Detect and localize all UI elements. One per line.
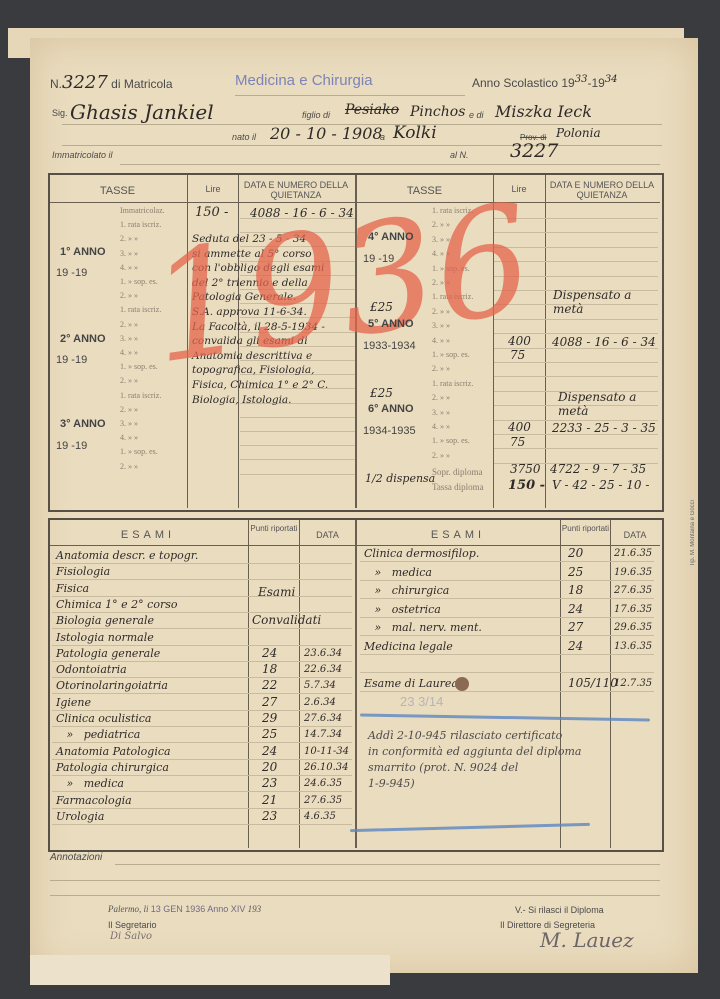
- exam-data: 10-11-34: [304, 744, 349, 759]
- matricola-number: 3227: [62, 72, 108, 93]
- year6-quietanza: 2233 - 25 - 3 - 35: [552, 421, 656, 435]
- matricola-prefix: N.: [50, 77, 62, 91]
- tasse-subrow-label: 2. » »: [432, 364, 450, 373]
- tasse-subrow-label: 2. » »: [120, 376, 138, 385]
- exam-name: Patologia generale: [56, 646, 160, 661]
- exam-punti: 20: [262, 760, 277, 775]
- pencil-mark: 23 3/14: [400, 694, 443, 709]
- exam-name: » mal. nerv. ment.: [364, 620, 482, 635]
- tasse-subrow-label: 2. » »: [120, 462, 138, 471]
- exam-data: 4.6.35: [304, 809, 336, 824]
- sopr-diploma-lire: 3750: [510, 462, 541, 476]
- year6-dispensa: Dispensato a metà: [558, 390, 648, 418]
- tasse-subrow-label: 2. » »: [432, 393, 450, 402]
- exam-punti: 105/110: [568, 676, 618, 691]
- exam-name: » chirurgica: [364, 583, 449, 598]
- tasse-row-line: [494, 362, 658, 363]
- province: Polonia: [556, 126, 601, 140]
- matricola-field: N.3227 di Matricola: [50, 72, 173, 93]
- tasse-subrow-label: 4. » »: [120, 263, 138, 272]
- tasse-subrow-label: 3. » »: [432, 408, 450, 417]
- year6-lire-b: 75: [510, 435, 525, 449]
- matricola-label: di Matricola: [111, 77, 172, 91]
- place-date-suffix: 193: [248, 904, 262, 914]
- exam-name: » medica: [56, 776, 124, 791]
- tasse-subrow-label: 2. » »: [120, 291, 138, 300]
- exam-punti: 21: [262, 793, 277, 808]
- annotazioni-line-3: [50, 895, 660, 896]
- esami-bracket-note-2: Convalidati: [252, 613, 321, 627]
- segretario-signature: Di Salvo: [110, 931, 152, 942]
- pencil-note-line: Addì 2-10-945 rilasciato certificato: [368, 728, 582, 744]
- exam-punti: 27: [262, 695, 277, 710]
- exam-data: 12.7.35: [614, 676, 652, 691]
- pencil-note-line: 1-9-945): [368, 776, 582, 792]
- exam-row-line: [360, 598, 654, 599]
- exam-data: 17.6.35: [614, 602, 652, 617]
- tasse-subrow-label: 1. » sop. es.: [120, 362, 158, 371]
- sopr-diploma-label: Sopr. diploma: [432, 467, 483, 477]
- tasse-subrow-label: 2. » »: [120, 405, 138, 414]
- figlio-label: figlio di: [302, 110, 330, 120]
- year3-label: 3° ANNO: [60, 418, 106, 430]
- exam-name: Urologia: [56, 809, 104, 824]
- tasse-subrow-label: 1. » sop. es.: [120, 447, 158, 456]
- exam-name: Istologia normale: [56, 630, 154, 645]
- exam-name: Fisica: [56, 581, 89, 596]
- exam-punti: 18: [262, 662, 277, 677]
- quietanza-header-right: DATA E NUMERO DELLA QUIETANZA: [546, 180, 658, 200]
- exam-name: Chimica 1° e 2° corso: [56, 597, 178, 612]
- exam-name: Clinica oculistica: [56, 711, 151, 726]
- pencil-note-line: smarrito (prot. N. 9024 del: [368, 760, 582, 776]
- annotazioni-line-2: [50, 880, 660, 881]
- exam-data: 14.7.34: [304, 727, 342, 742]
- data-header-right: DATA: [611, 530, 659, 540]
- diploma-note: V.- Si rilasci il Diploma: [515, 905, 604, 915]
- exam-punti: 24: [568, 639, 583, 654]
- exam-name: Medicina legale: [364, 639, 453, 654]
- exam-row-line: [360, 691, 654, 692]
- tasse-row-line: [240, 474, 355, 475]
- madre-label: e di: [469, 110, 484, 120]
- exam-row-line: [360, 672, 654, 673]
- year1-label: 1° ANNO: [60, 246, 106, 258]
- place-date: Palermo, li 13 GEN 1936 Anno XIV 193: [108, 904, 261, 914]
- exam-punti: 18: [568, 583, 583, 598]
- exam-name: Anatomia descr. e topogr.: [56, 548, 198, 563]
- tasse-subrow-label: 3. » »: [120, 334, 138, 343]
- exam-name: Biologia generale: [56, 613, 154, 628]
- exam-data: 29.6.35: [614, 620, 652, 635]
- tasse-subrow-label: 3. » »: [120, 419, 138, 428]
- exam-data: 24.6.35: [304, 776, 342, 791]
- exam-data: 5.7.34: [304, 678, 336, 693]
- tasse-row-line: [240, 417, 355, 418]
- printer-mark: Tip. M. Montaina e Gocci: [690, 500, 696, 566]
- al-n-label: al N.: [450, 150, 469, 160]
- annotazioni-line-1: [115, 864, 660, 865]
- exam-name: Clinica dermosifilop.: [364, 546, 479, 561]
- immatricolato-label: Immatricolato il: [52, 150, 113, 160]
- half-dispensa-note: 1/2 dispensa: [365, 472, 435, 485]
- esami-left-col1: [248, 520, 249, 848]
- segretario-label: Il Segretario: [108, 920, 157, 930]
- pencil-note-line: in conformità ed aggiunta del diploma: [368, 744, 582, 760]
- anno-to: 34: [605, 74, 618, 85]
- birth-line: [62, 145, 662, 146]
- exam-punti: 24: [262, 744, 277, 759]
- birth-place: Kolki: [393, 123, 437, 143]
- tasse-row-line: [240, 445, 355, 446]
- exam-name: Farmacologia: [56, 793, 132, 808]
- father-struck: Pesiako: [345, 102, 399, 118]
- exam-row-line: [360, 561, 654, 562]
- year6-range: 1934-1935: [363, 425, 416, 437]
- tasse-header-left: TASSE: [50, 186, 185, 196]
- student-name: Ghasis Jankiel: [70, 100, 214, 124]
- tasse-row-line: [240, 431, 355, 432]
- esami-header-right: ESAMI: [357, 530, 559, 540]
- anno-sep: -19: [587, 76, 604, 90]
- tasse-subrow-label: 2. » »: [120, 320, 138, 329]
- exam-data: 2.6.34: [304, 695, 336, 710]
- faculty-title: Medicina e Chirurgia: [235, 72, 373, 89]
- exam-name: Igiene: [56, 695, 91, 710]
- exam-data: 27.6.35: [614, 583, 652, 598]
- annotazioni-label: Annotazioni: [50, 852, 102, 863]
- anno-label: Anno Scolastico 19: [472, 76, 575, 90]
- a-label: a: [380, 132, 385, 142]
- tasse-right-col2: [545, 175, 546, 508]
- anno-scolastico: Anno Scolastico 1933-1934: [472, 74, 618, 90]
- birth-date: 20 - 10 - 1908: [270, 124, 383, 143]
- lire-header-left: Lire: [188, 184, 238, 194]
- exam-punti: 23: [262, 776, 277, 791]
- direttore-signature: M. Lauez: [540, 928, 634, 952]
- exam-row-line: [52, 579, 352, 580]
- faculty-note-line: Biologia, Istologia.: [192, 393, 328, 408]
- exam-name: Esame di Laurea: [364, 676, 458, 691]
- exam-punti: 24: [568, 602, 583, 617]
- father-name: Pinchos: [410, 104, 465, 120]
- exam-row-line: [52, 824, 352, 825]
- data-header-left: DATA: [300, 530, 355, 540]
- year4-range: 19 -19: [363, 253, 394, 265]
- exam-name: Otorinolaringoiatria: [56, 678, 168, 693]
- year6-label: 6° ANNO: [368, 403, 414, 415]
- sopr-diploma-quietanza: 4722 - 9 - 7 - 35: [550, 462, 646, 476]
- year6-lire-a: 400: [508, 420, 531, 434]
- year5-note: £25: [370, 300, 393, 314]
- exam-data: 13.6.35: [614, 639, 652, 654]
- exam-row-line: [360, 654, 654, 655]
- tasse-subrow-label: 4. » »: [120, 348, 138, 357]
- year5-range: 1933-1934: [363, 340, 416, 352]
- exam-punti: 25: [262, 727, 277, 742]
- exam-data: 22.6.34: [304, 662, 342, 677]
- tasse-subrow-label: 1. rata iscriz.: [432, 379, 473, 388]
- esami-right-col1: [560, 520, 561, 848]
- exam-name: Anatomia Patologica: [56, 744, 171, 759]
- place-date-prefix: Palermo, li: [108, 904, 149, 914]
- punch-hole: [455, 677, 469, 691]
- tassa-diploma-label: Tassa diploma: [432, 482, 484, 492]
- exam-punti: 27: [568, 620, 583, 635]
- tasse-row-line: [240, 459, 355, 460]
- tasse-subrow-label: 1. » sop. es.: [432, 436, 470, 445]
- exam-punti: 24: [262, 646, 277, 661]
- exam-name: » ostetrica: [364, 602, 441, 617]
- date-stamp: 13 GEN 1936 Anno XIV: [151, 904, 246, 914]
- exam-punti: 20: [568, 546, 583, 561]
- anno-from: 33: [575, 74, 588, 85]
- year5-quietanza: 4088 - 16 - 6 - 34: [552, 335, 656, 349]
- exam-name: Fisiologia: [56, 564, 110, 579]
- year1-range: 19 -19: [56, 267, 87, 279]
- year6-note: £25: [370, 386, 393, 400]
- tasse-subrow-label: 4. » »: [120, 433, 138, 442]
- title-underline: [235, 95, 465, 96]
- exam-name: Patologia chirurgica: [56, 760, 169, 775]
- tasse-subrow-label: Immatricolaz.: [120, 206, 165, 215]
- exam-punti: 23: [262, 809, 277, 824]
- esami-left-col2: [299, 520, 300, 848]
- exam-data: 23.6.34: [304, 646, 342, 661]
- exam-data: 26.10.34: [304, 760, 349, 775]
- esami-divider: [355, 520, 357, 848]
- exam-row-line: [360, 617, 654, 618]
- tasse-subrow-label: 2. » »: [432, 451, 450, 460]
- exam-punti: 25: [568, 565, 583, 580]
- tasse-subrow-label: 3. » »: [120, 249, 138, 258]
- year5-label: 5° ANNO: [368, 318, 414, 330]
- sig-label: Sig.: [52, 108, 68, 118]
- year4-label: 4° ANNO: [368, 231, 414, 243]
- tasse-subrow-label: 4. » »: [432, 422, 450, 431]
- year5-dispensa: Dispensato a metà: [553, 288, 653, 316]
- exam-name: » medica: [364, 565, 432, 580]
- al-n-number: 3227: [510, 140, 558, 162]
- year3-range: 19 -19: [56, 440, 87, 452]
- tasse-subrow-label: 1. rata iscriz.: [120, 391, 161, 400]
- punti-header-left: Punti riportati: [249, 524, 299, 534]
- punti-header-right: Punti riportati: [561, 524, 610, 534]
- tasse-subrow-label: 2. » »: [120, 234, 138, 243]
- exam-data: 19.6.35: [614, 565, 652, 580]
- exam-row-line: [360, 580, 654, 581]
- nato-label: nato il: [232, 132, 256, 142]
- year2-range: 19 -19: [56, 354, 87, 366]
- tasse-row-line: [494, 376, 658, 377]
- immatricolato-line: [120, 164, 660, 165]
- esami-bracket-note-1: Esami: [258, 585, 295, 599]
- tassa-diploma-lire: 150 -: [508, 478, 545, 493]
- esami-header-left: ESAMI: [50, 530, 246, 540]
- exam-name: » pediatrica: [56, 727, 140, 742]
- year5-lire-b: 75: [510, 348, 525, 362]
- mother-name: Miszka Ieck: [495, 102, 592, 121]
- exam-row-line: [360, 635, 654, 636]
- exam-name: Odontoiatria: [56, 662, 127, 677]
- exam-data: 21.6.35: [614, 546, 652, 561]
- pencil-note: Addì 2-10-945 rilasciato certificatoin c…: [368, 728, 582, 792]
- year5-lire-a: 400: [508, 334, 531, 348]
- torn-bottom-edge: [30, 955, 390, 985]
- exam-data: 27.6.34: [304, 711, 342, 726]
- exam-punti: 22: [262, 678, 277, 693]
- year2-label: 2° ANNO: [60, 333, 106, 345]
- exam-punti: 29: [262, 711, 277, 726]
- tassa-diploma-quietanza: V - 42 - 25 - 10 -: [552, 478, 649, 492]
- exam-data: 27.6.35: [304, 793, 342, 808]
